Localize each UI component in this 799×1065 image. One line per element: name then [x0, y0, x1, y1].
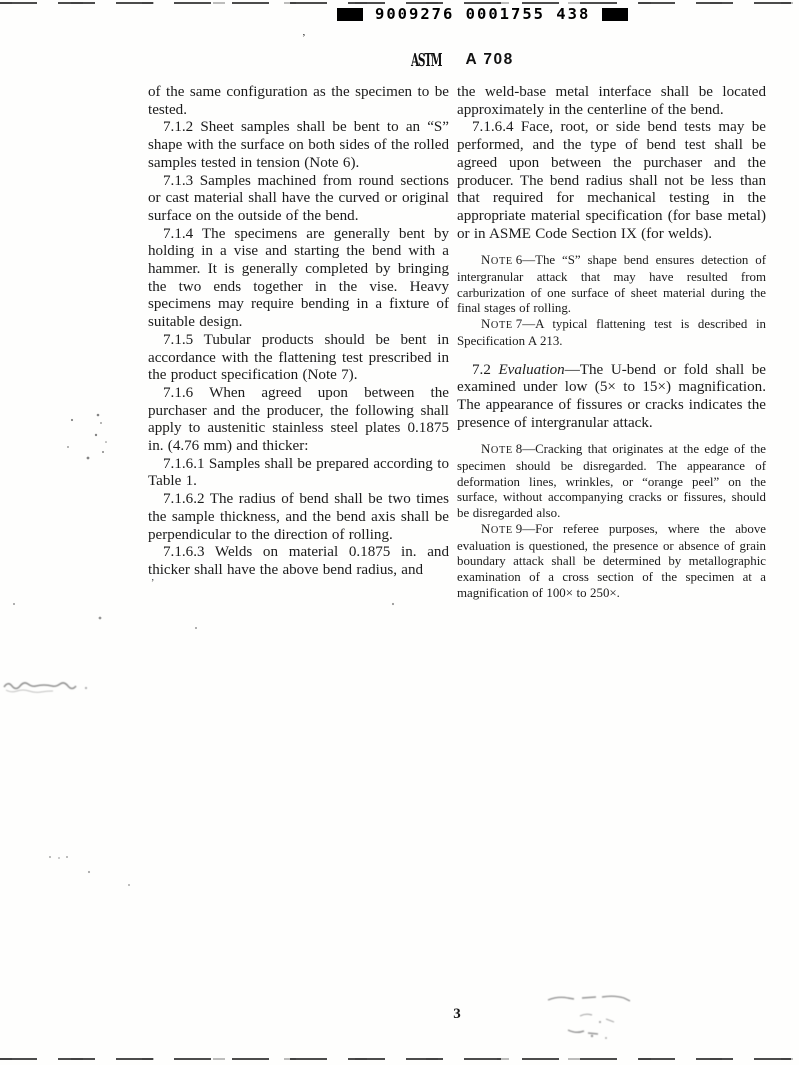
paragraph-7-1-6: 7.1.6 When agreed upon between the purch…	[148, 385, 449, 456]
page-number: 3	[148, 1006, 766, 1023]
paragraph-continuation: the weld-base metal interface shall be l…	[457, 84, 766, 119]
paragraph-7-2: 7.2 Evaluation—The U-bend or fold shall …	[457, 362, 766, 433]
astm-logo: ASTM	[411, 50, 441, 71]
document-barcode: 9009276 0001755 438	[337, 7, 628, 21]
scan-artifact-dots-row	[45, 850, 165, 890]
section-title: Evaluation	[498, 362, 564, 378]
note-label: NOTE	[469, 442, 513, 459]
paragraph-7-1-6-3: 7.1.6.3 Welds on material 0.1875 in. and…	[148, 544, 449, 579]
barcode-block-icon	[602, 8, 628, 21]
paragraph-7-1-3: 7.1.3 Samples machined from round sectio…	[148, 173, 449, 226]
paragraph-continuation: of the same configuration as the specime…	[148, 84, 449, 119]
scanned-document-page: 9009276 0001755 438 ASTM A 708 of the sa…	[0, 0, 799, 1065]
section-number: 7.2	[472, 362, 491, 378]
note-label: NOTE	[469, 253, 513, 270]
scan-artifact-smudge-left	[2, 678, 92, 694]
left-column: of the same configuration as the specime…	[148, 84, 449, 580]
spec-code: A 708	[466, 51, 514, 69]
paragraph-7-1-6-1: 7.1.6.1 Samples shall be prepared accord…	[148, 456, 449, 491]
note-label: NOTE	[469, 317, 513, 334]
bottom-edge-dashed-line	[0, 1058, 799, 1060]
paragraph-7-1-5: 7.1.5 Tubular products should be bent in…	[148, 332, 449, 385]
scan-artifact-apostrophe: ’	[302, 32, 306, 44]
paragraph-7-1-6-4: 7.1.6.4 Face, root, or side bend tests m…	[457, 119, 766, 243]
note-6: NOTE6—The “S” shape bend ensures detecti…	[457, 253, 766, 317]
scan-artifact-dots	[10, 600, 410, 640]
scan-artifact-speckles	[60, 408, 120, 468]
top-edge-dashed-line	[0, 2, 799, 4]
barcode-number: 9009276 0001755 438	[375, 7, 590, 21]
barcode-block-icon	[337, 8, 363, 21]
note-7: NOTE7—A typical flattening test is descr…	[457, 317, 766, 349]
paragraph-7-1-2: 7.1.2 Sheet samples shall be bent to an …	[148, 119, 449, 172]
note-9: NOTE9—For referee purposes, where the ab…	[457, 522, 766, 602]
paragraph-7-1-4: 7.1.4 The specimens are generally bent b…	[148, 226, 449, 332]
document-header: ASTM A 708	[148, 48, 766, 72]
paragraph-7-1-6-2: 7.1.6.2 The radius of bend shall be two …	[148, 491, 449, 544]
note-label: NOTE	[469, 522, 513, 539]
right-column: the weld-base metal interface shall be l…	[457, 84, 766, 601]
note-8: NOTE8—Cracking that originates at the ed…	[457, 442, 766, 522]
